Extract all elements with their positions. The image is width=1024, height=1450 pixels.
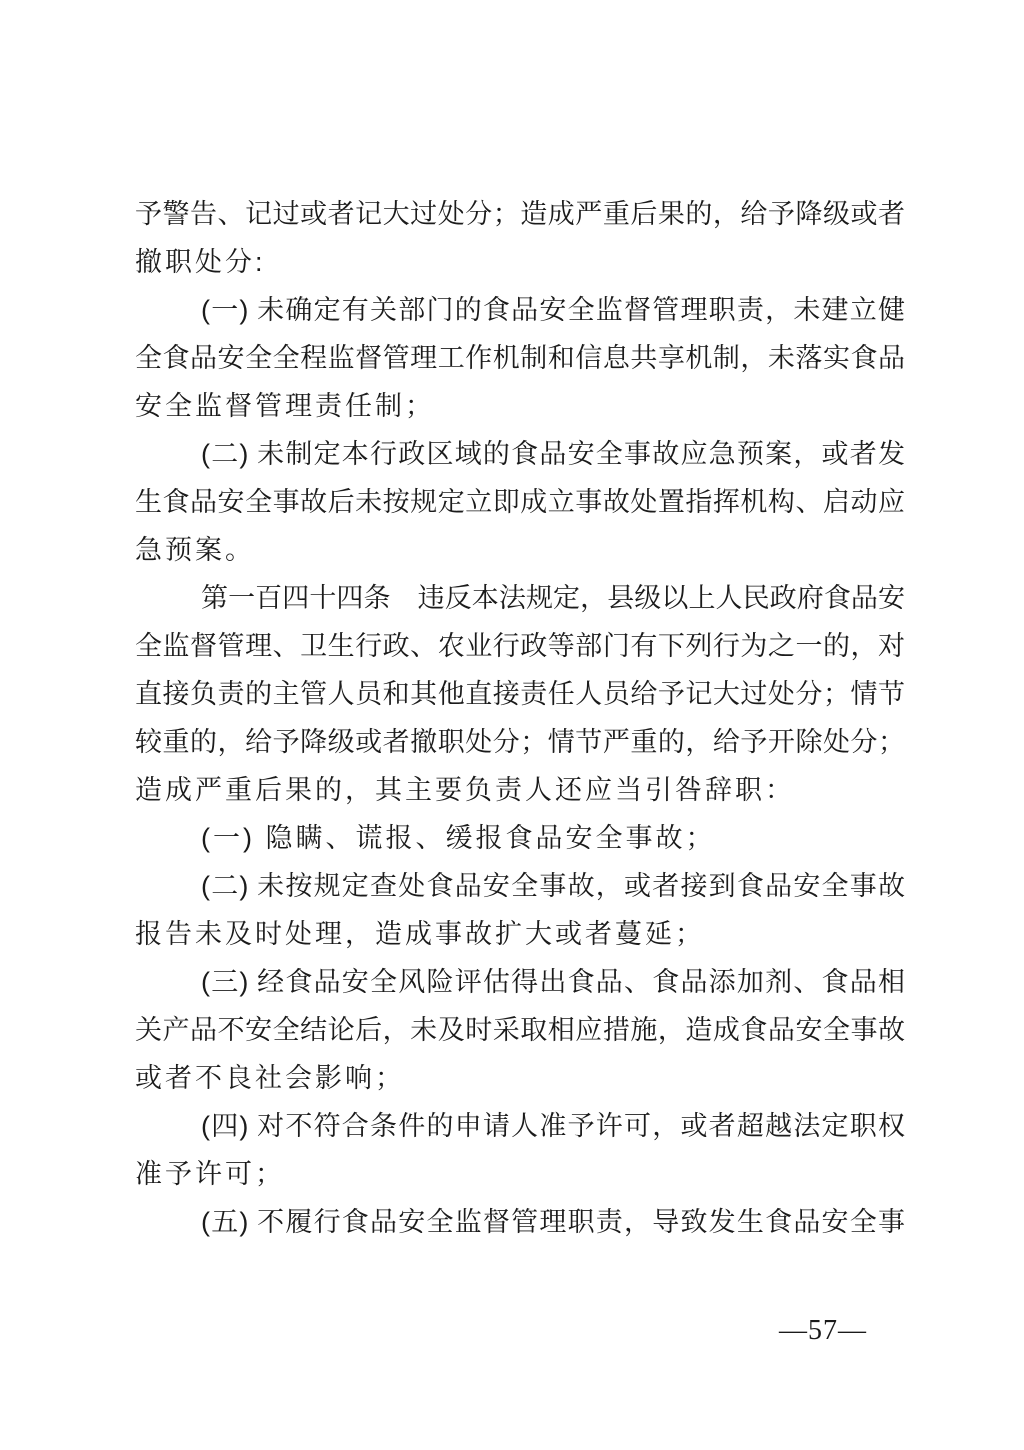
text-line: 急预案。 xyxy=(135,526,905,574)
page-number: —57— xyxy=(135,1314,905,1348)
text-line: 予警告、记过或者记大过处分；造成严重后果的，给予降级或者 xyxy=(135,190,905,238)
article-144-heading-line: 第一百四十四条 违反本法规定，县级以上人民政府食品安 xyxy=(135,574,905,622)
text-line: 较重的，给予降级或者撤职处分；情节严重的，给予开除处分； xyxy=(135,718,905,766)
text-line: (五) 不履行食品安全监督管理职责，导致发生食品安全事 xyxy=(135,1198,905,1246)
text-line: 撤职处分: xyxy=(135,238,905,286)
text-line: 准予许可； xyxy=(135,1150,905,1198)
text-block: 予警告、记过或者记大过处分；造成严重后果的，给予降级或者 撤职处分: (一) 未… xyxy=(135,190,905,1246)
text-line: (四) 对不符合条件的申请人准予许可，或者超越法定职权 xyxy=(135,1102,905,1150)
text-line: 或者不良社会影响； xyxy=(135,1054,905,1102)
text-line: (二) 未制定本行政区域的食品安全事故应急预案，或者发 xyxy=(135,430,905,478)
text-line: (一) 隐瞒、谎报、缓报食品安全事故； xyxy=(135,814,905,862)
document-page: 予警告、记过或者记大过处分；造成严重后果的，给予降级或者 撤职处分: (一) 未… xyxy=(0,0,1024,1450)
text-line: 直接负责的主管人员和其他直接责任人员给予记大过处分；情节 xyxy=(135,670,905,718)
text-line: 生食品安全事故后未按规定立即成立事故处置指挥机构、启动应 xyxy=(135,478,905,526)
text-line: (三) 经食品安全风险评估得出食品、食品添加剂、食品相 xyxy=(135,958,905,1006)
text-line: 造成严重后果的，其主要负责人还应当引咎辞职： xyxy=(135,766,905,814)
text-line: (二) 未按规定查处食品安全事故，或者接到食品安全事故 xyxy=(135,862,905,910)
text-line: 全食品安全全程监督管理工作机制和信息共享机制，未落实食品 xyxy=(135,334,905,382)
text-line: 安全监督管理责任制； xyxy=(135,382,905,430)
text-line: (一) 未确定有关部门的食品安全监督管理职责，未建立健 xyxy=(135,286,905,334)
text-line: 全监督管理、卫生行政、农业行政等部门有下列行为之一的，对 xyxy=(135,622,905,670)
text-line: 关产品不安全结论后，未及时采取相应措施，造成食品安全事故 xyxy=(135,1006,905,1054)
text-line: 报告未及时处理，造成事故扩大或者蔓延； xyxy=(135,910,905,958)
